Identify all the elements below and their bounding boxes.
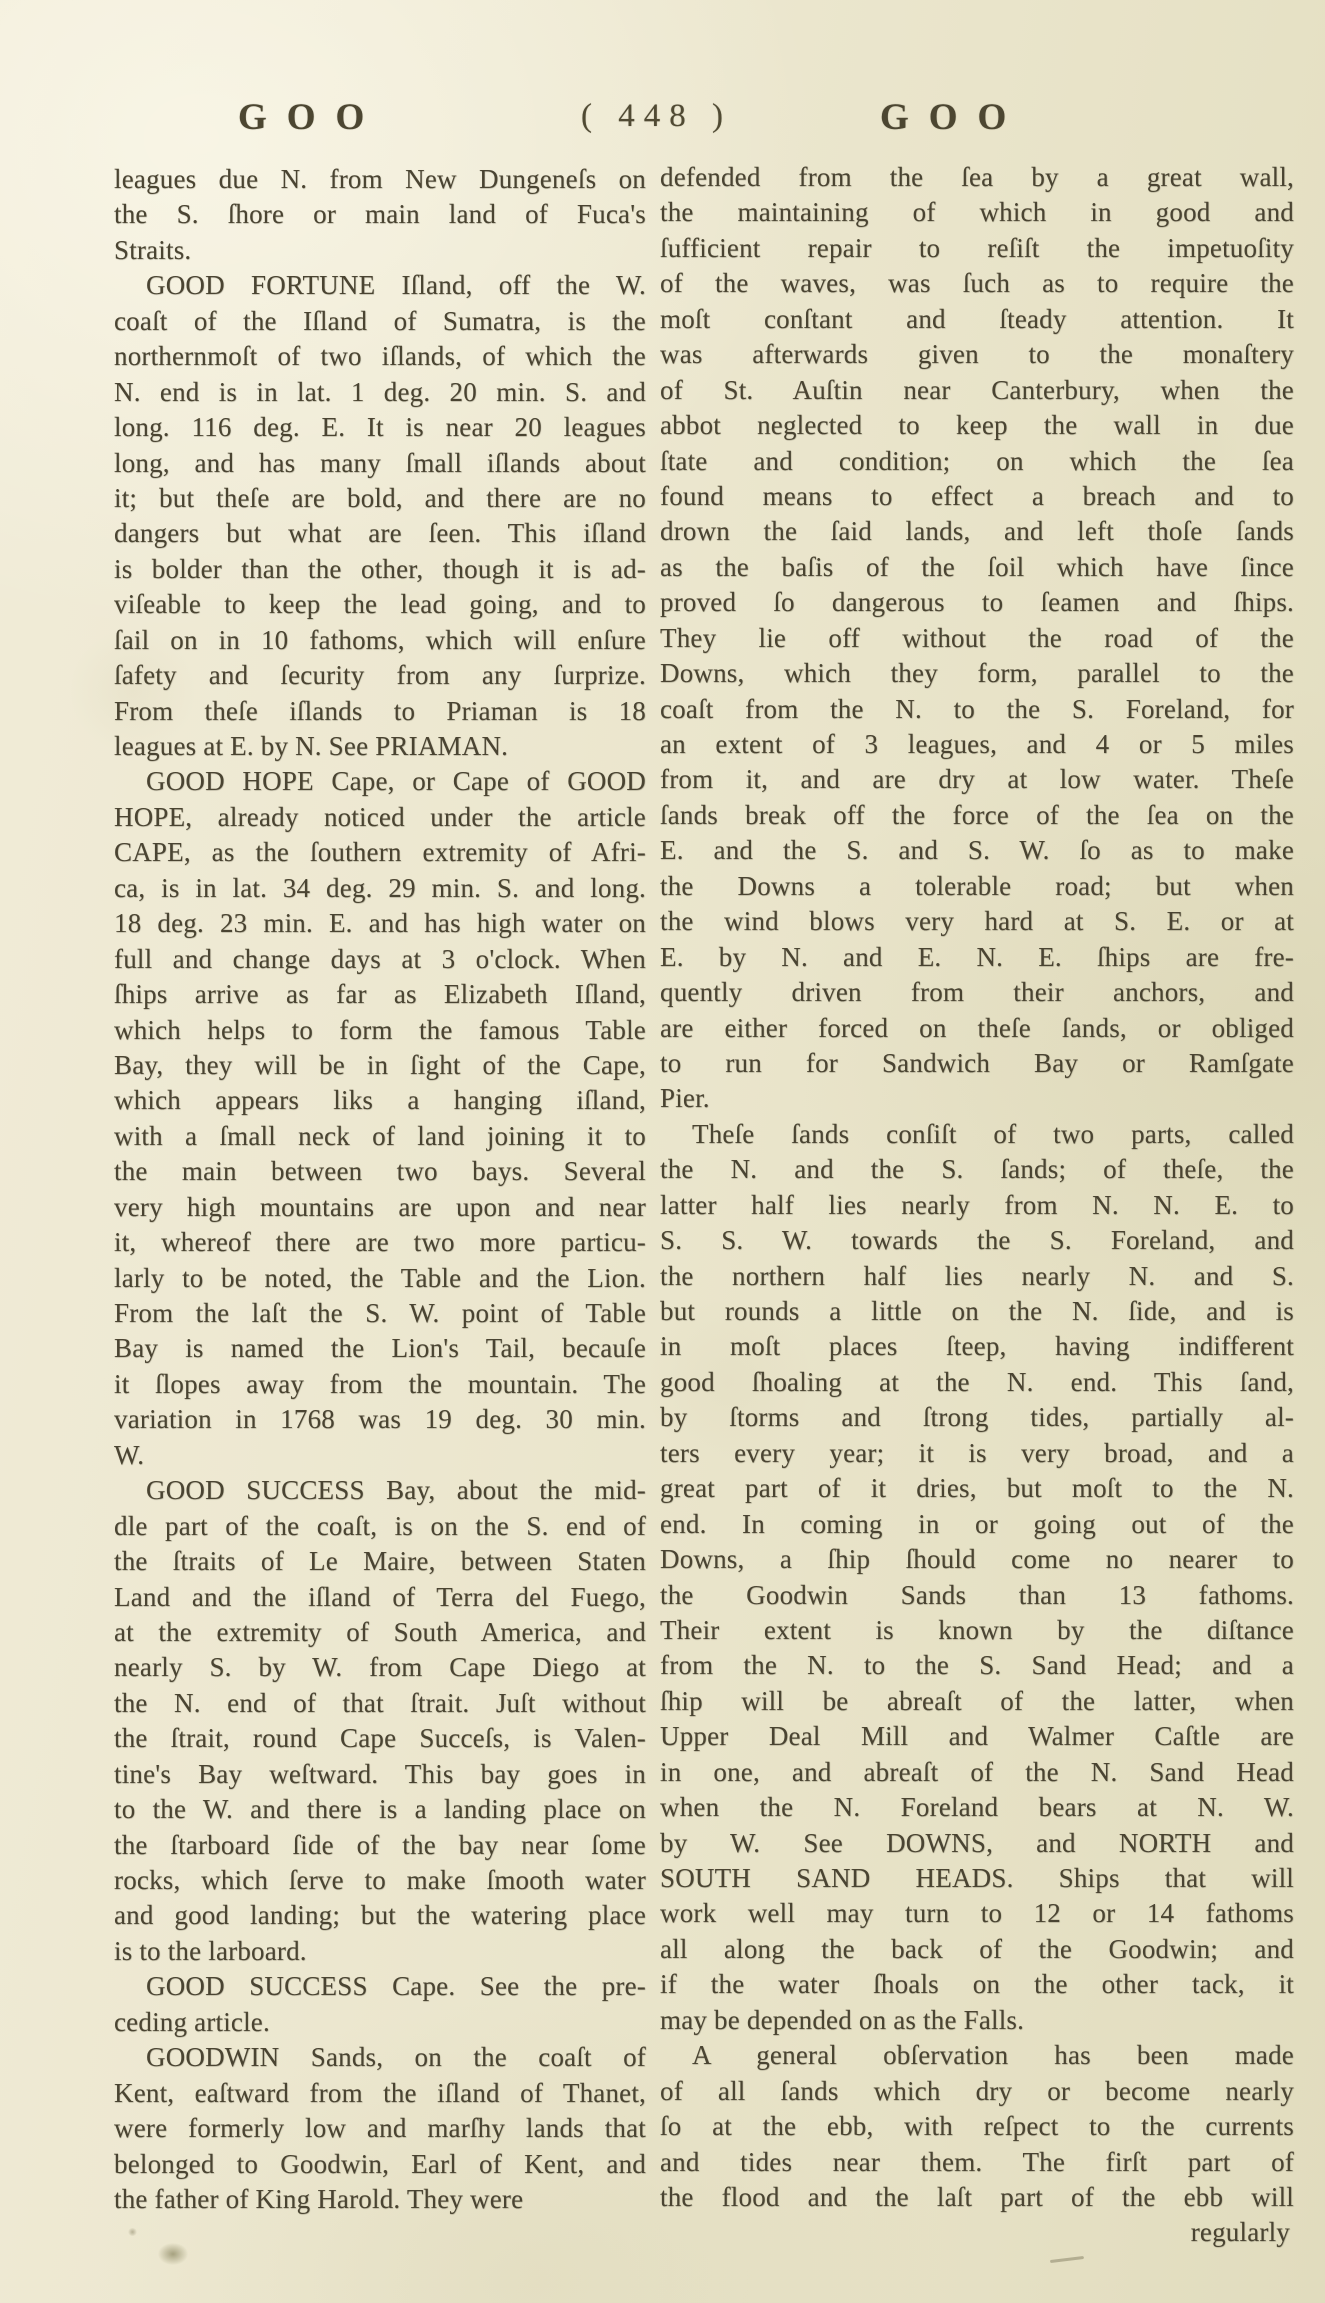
- text-line: by ſtorms and ſtrong tides, partially al…: [660, 1400, 1294, 1435]
- text-line: A general obſervation has been made: [660, 2038, 1294, 2073]
- text-line: of all ſands which dry or become nearly: [660, 2074, 1294, 2109]
- text-line: may be depended on as the Falls.: [660, 2003, 1294, 2038]
- text-line: it ſlopes away from the mountain. The: [114, 1367, 646, 1402]
- text-line: of the waves, was ſuch as to require the: [660, 266, 1294, 301]
- text-line: From the laſt the S. W. point of Table: [114, 1296, 646, 1331]
- text-line: the wind blows very hard at S. E. or at: [660, 904, 1294, 939]
- text-line: GOOD HOPE Cape, or Cape of GOOD: [114, 764, 646, 799]
- scanned-page: GOO ( 448 ) GOO leagues due N. from New …: [0, 0, 1325, 2303]
- text-line: the main between two bays. Several: [114, 1154, 646, 1189]
- text-line: the Goodwin Sands than 13 fathoms.: [660, 1578, 1294, 1613]
- header-left-title: GOO: [238, 96, 384, 139]
- text-line: when the N. Foreland bears at N. W.: [660, 1790, 1294, 1825]
- ink-dash-mark: [1050, 2256, 1084, 2263]
- text-line: Land and the iſland of Terra del Fuego,: [114, 1580, 646, 1615]
- text-line: GOOD SUCCESS Cape. See the pre-: [114, 1969, 646, 2004]
- text-line: S. S. W. towards the S. Foreland, and: [660, 1223, 1294, 1258]
- text-line: ceding article.: [114, 2005, 646, 2040]
- text-line: northernmoſt of two iſlands, of which th…: [114, 339, 646, 374]
- text-line: dangers but what are ſeen. This iſland: [114, 516, 646, 551]
- text-line: Bay is named the Lion's Tail, becauſe: [114, 1331, 646, 1366]
- text-line: larly to be noted, the Table and the Lio…: [114, 1261, 646, 1296]
- text-line: ſafety and ſecurity from any ſurprize.: [114, 658, 646, 693]
- text-line: ſands break off the force of the ſea on …: [660, 798, 1294, 833]
- text-line: by W. See DOWNS, and NORTH and: [660, 1826, 1294, 1861]
- text-line: From theſe iſlands to Priaman is 18: [114, 694, 646, 729]
- text-line: the Downs a tolerable road; but when: [660, 869, 1294, 904]
- text-line: SOUTH SAND HEADS. Ships that will: [660, 1861, 1294, 1896]
- text-line: abbot neglected to keep the wall in due: [660, 408, 1294, 443]
- text-line: if the water ſhoals on the other tack, i…: [660, 1967, 1294, 2002]
- text-line: defended from the ſea by a great wall,: [660, 160, 1294, 195]
- text-line: but rounds a little on the N. ſide, and …: [660, 1294, 1294, 1329]
- text-line: the flood and the laſt part of the ebb w…: [660, 2180, 1294, 2215]
- text-line: Bay, they will be in ſight of the Cape,: [114, 1048, 646, 1083]
- text-line: belonged to Goodwin, Earl of Kent, and: [114, 2147, 646, 2182]
- text-line: the ſtrait, round Cape Succeſs, is Valen…: [114, 1721, 646, 1756]
- text-line: Theſe ſands conſiſt of two parts, called: [660, 1117, 1294, 1152]
- ink-speck: [128, 2228, 137, 2236]
- text-line: Kent, eaſtward from the iſland of Thanet…: [114, 2076, 646, 2111]
- text-line: long. 116 deg. E. It is near 20 leagues: [114, 410, 646, 445]
- text-line: very high mountains are upon and near: [114, 1190, 646, 1225]
- text-line: the maintaining of which in good and: [660, 195, 1294, 230]
- text-line: the N. end of that ſtrait. Juſt without: [114, 1686, 646, 1721]
- text-line: quently driven from their anchors, and: [660, 975, 1294, 1010]
- text-line: are either forced on theſe ſands, or obl…: [660, 1011, 1294, 1046]
- text-line: moſt conſtant and ſteady attention. It: [660, 302, 1294, 337]
- text-line: ſhip will be abreaſt of the latter, when: [660, 1684, 1294, 1719]
- text-line: great part of it dries, but moſt to the …: [660, 1471, 1294, 1506]
- text-line: latter half lies nearly from N. N. E. to: [660, 1188, 1294, 1223]
- text-line: as the baſis of the ſoil which have ſinc…: [660, 550, 1294, 585]
- text-line: E. by N. and E. N. E. ſhips are fre-: [660, 940, 1294, 975]
- text-line: with a ſmall neck of land joining it to: [114, 1119, 646, 1154]
- text-line: rocks, which ſerve to make ſmooth water: [114, 1863, 646, 1898]
- text-line: from it, and are dry at low water. Theſe: [660, 762, 1294, 797]
- text-line: ſhips arrive as far as Elizabeth Iſland,: [114, 977, 646, 1012]
- text-line: full and change days at 3 o'clock. When: [114, 942, 646, 977]
- text-line: the N. and the S. ſands; of theſe, the: [660, 1152, 1294, 1187]
- header-right-title: GOO: [880, 96, 1026, 139]
- text-line: the father of King Harold. They were: [114, 2182, 646, 2217]
- text-line: HOPE, already noticed under the article: [114, 800, 646, 835]
- text-line: an extent of 3 leagues, and 4 or 5 miles: [660, 727, 1294, 762]
- text-line: Their extent is known by the diſtance: [660, 1613, 1294, 1648]
- text-line: CAPE, as the ſouthern extremity of Afri-: [114, 835, 646, 870]
- text-line: of St. Auſtin near Canterbury, when the: [660, 373, 1294, 408]
- text-line: good ſhoaling at the N. end. This ſand,: [660, 1365, 1294, 1400]
- text-line: end. In coming in or going out of the: [660, 1507, 1294, 1542]
- text-line: to run for Sandwich Bay or Ramſgate: [660, 1046, 1294, 1081]
- text-line: Downs, a ſhip ſhould come no nearer to: [660, 1542, 1294, 1577]
- right-column: defended from the ſea by a great wall,th…: [660, 160, 1294, 2251]
- text-line: leagues at E. by N. See PRIAMAN.: [114, 729, 646, 764]
- page-number: ( 448 ): [581, 98, 732, 135]
- text-line: 18 deg. 23 min. E. and has high water on: [114, 906, 646, 941]
- running-header: GOO ( 448 ) GOO: [0, 96, 1325, 144]
- text-line: They lie off without the road of the: [660, 621, 1294, 656]
- text-line: the ſtraits of Le Maire, between Staten: [114, 1544, 646, 1579]
- text-line: GOOD SUCCESS Bay, about the mid-: [114, 1473, 646, 1508]
- text-line: Pier.: [660, 1081, 1294, 1116]
- ink-smudge: [158, 2243, 188, 2265]
- text-line: E. and the S. and S. W. ſo as to make: [660, 833, 1294, 868]
- text-line: GOODWIN Sands, on the coaſt of: [114, 2040, 646, 2075]
- text-line: it, whereof there are two more particu-: [114, 1225, 646, 1260]
- text-line: ters every year; it is very broad, and a: [660, 1436, 1294, 1471]
- text-line: long, and has many ſmall iſlands about: [114, 446, 646, 481]
- text-line: Downs, which they form, parallel to the: [660, 656, 1294, 691]
- text-line: the S. ſhore or main land of Fuca's: [114, 197, 646, 232]
- text-line: ca, is in lat. 34 deg. 29 min. S. and lo…: [114, 871, 646, 906]
- text-line: which helps to form the famous Table: [114, 1013, 646, 1048]
- text-line: and good landing; but the watering place: [114, 1898, 646, 1933]
- text-line: from the N. to the S. Sand Head; and a: [660, 1648, 1294, 1683]
- text-line: it; but theſe are bold, and there are no: [114, 481, 646, 516]
- left-column: leagues due N. from New Dungeneſs onthe …: [114, 162, 646, 2217]
- text-line: N. end is in lat. 1 deg. 20 min. S. and: [114, 375, 646, 410]
- text-line: Upper Deal Mill and Walmer Caſtle are: [660, 1719, 1294, 1754]
- text-line: to the W. and there is a landing place o…: [114, 1792, 646, 1827]
- text-line: ſtate and condition; on which the ſea: [660, 444, 1294, 479]
- text-line: found means to effect a breach and to: [660, 479, 1294, 514]
- text-line: work well may turn to 12 or 14 fathoms: [660, 1896, 1294, 1931]
- text-line: which appears liks a hanging iſland,: [114, 1083, 646, 1118]
- text-line: the northern half lies nearly N. and S.: [660, 1259, 1294, 1294]
- text-line: was afterwards given to the monaſtery: [660, 337, 1294, 372]
- text-line: nearly S. by W. from Cape Diego at: [114, 1650, 646, 1685]
- text-line: in moſt places ſteep, having indifferent: [660, 1329, 1294, 1364]
- text-line: drown the ſaid lands, and left thoſe ſan…: [660, 514, 1294, 549]
- text-line: dle part of the coaſt, is on the S. end …: [114, 1509, 646, 1544]
- text-line: coaſt of the Iſland of Sumatra, is the: [114, 304, 646, 339]
- text-line: is bolder than the other, though it is a…: [114, 552, 646, 587]
- text-line: ſufficient repair to reſiſt the impetuoſ…: [660, 231, 1294, 266]
- text-line: tine's Bay weſtward. This bay goes in: [114, 1757, 646, 1792]
- text-line: GOOD FORTUNE Iſland, off the W.: [114, 268, 646, 303]
- text-line: ſail on in 10 fathoms, which will enſure: [114, 623, 646, 658]
- catchword: regularly: [660, 2215, 1294, 2250]
- text-line: viſeable to keep the lead going, and to: [114, 587, 646, 622]
- text-line: is to the larboard.: [114, 1934, 646, 1969]
- text-line: all along the back of the Goodwin; and: [660, 1932, 1294, 1967]
- text-line: and tides near them. The firſt part of: [660, 2145, 1294, 2180]
- text-line: leagues due N. from New Dungeneſs on: [114, 162, 646, 197]
- text-line: Straits.: [114, 233, 646, 268]
- text-line: ſo at the ebb, with reſpect to the curre…: [660, 2109, 1294, 2144]
- text-line: variation in 1768 was 19 deg. 30 min.: [114, 1402, 646, 1437]
- text-line: the ſtarboard ſide of the bay near ſome: [114, 1828, 646, 1863]
- text-line: coaſt from the N. to the S. Foreland, fo…: [660, 692, 1294, 727]
- text-line: at the extremity of South America, and: [114, 1615, 646, 1650]
- text-line: W.: [114, 1438, 646, 1473]
- text-line: proved ſo dangerous to ſeamen and ſhips.: [660, 585, 1294, 620]
- text-line: in one, and abreaſt of the N. Sand Head: [660, 1755, 1294, 1790]
- text-line: were formerly low and marſhy lands that: [114, 2111, 646, 2146]
